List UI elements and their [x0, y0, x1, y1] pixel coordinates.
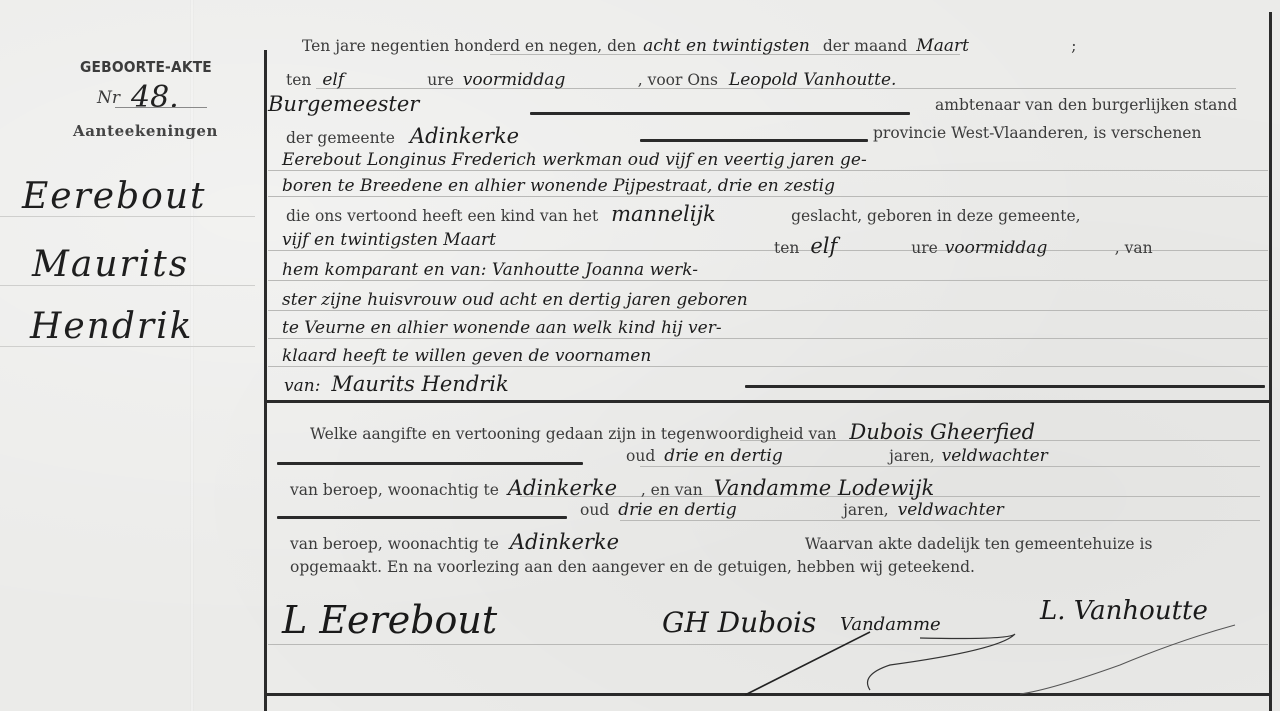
birth-certificate-page: GEBOORTE-AKTE Nr 48. Aanteekeningen Eere… [0, 0, 1280, 711]
signature-flourishes [0, 0, 1280, 711]
